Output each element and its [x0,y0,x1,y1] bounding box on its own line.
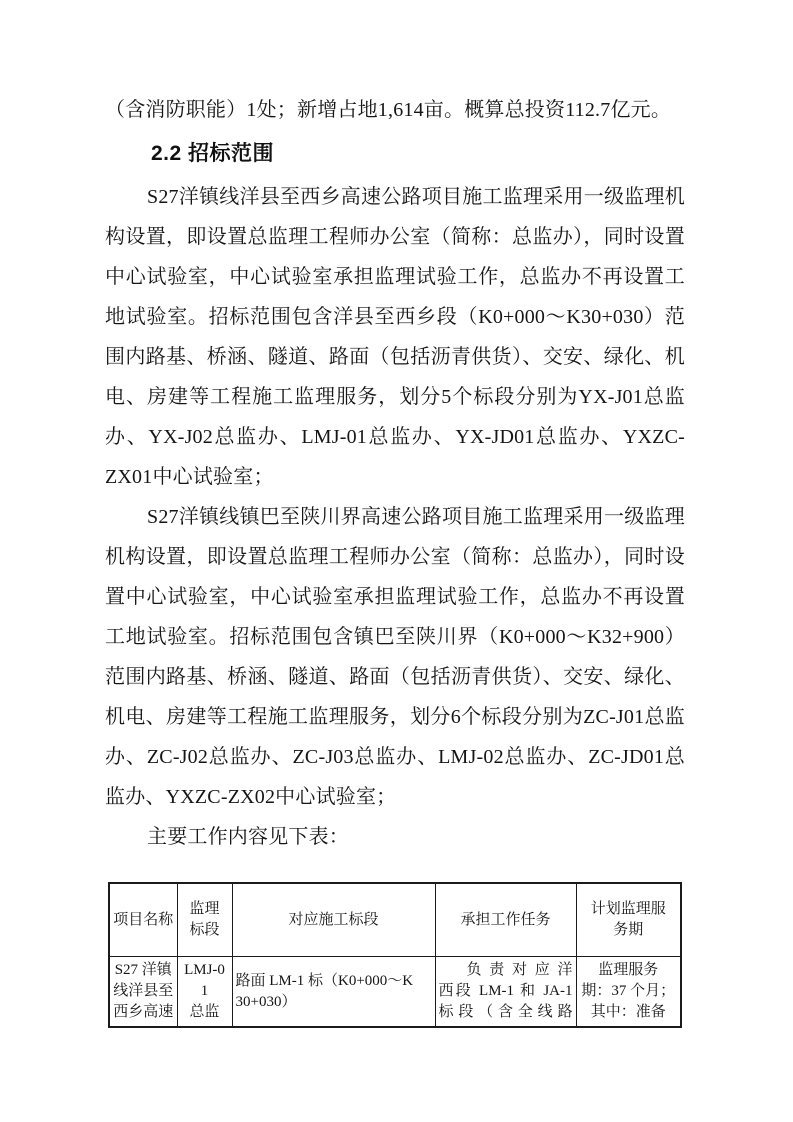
cell-project-name: S27 洋镇 线洋县至 西乡高速 [109,957,177,1028]
cell-construction-section: 路面 LM-1 标（K0+000～K 30+030） [232,957,435,1028]
header-work-tasks: 承担工作任务 [435,883,576,957]
cell-planned-service-period: 监理服务 期：37 个月； 其中：准备 [576,957,681,1028]
work-content-table: 项目名称 监理 标段 对应施工标段 承担工作任务 计划监理服 务期 S27 洋镇… [108,882,682,1028]
header-supervision-section: 监理 标段 [177,883,232,957]
header-project-name: 项目名称 [109,883,177,957]
cell-supervision-section: LMJ-0 1 总监 [177,957,232,1028]
paragraph-yangxian-xixiang: S27洋镇线洋县至西乡高速公路项目施工监理采用一级监理机构设置，即设置总监理工程… [105,177,685,497]
paragraph-zhenba-shanchuanjie: S27洋镇线镇巴至陕川界高速公路项目施工监理采用一级监理机构设置，即设置总监理工… [105,497,685,817]
intro-continuation-line: （含消防职能）1处；新增占地1,614亩。概算总投资112.7亿元。 [105,90,685,130]
cell-work-tasks: 负责对应洋 西段 LM-1 和 JA-1 标段（含全线路 [435,957,576,1028]
section-heading: 2.2 招标范围 [105,132,685,176]
table-row: S27 洋镇 线洋县至 西乡高速 LMJ-0 1 总监 路面 LM-1 标（K0… [109,957,681,1028]
header-construction-section: 对应施工标段 [232,883,435,957]
table-intro-line: 主要工作内容见下表： [105,817,685,857]
document-page: （含消防职能）1处；新增占地1,614亩。概算总投资112.7亿元。 2.2 招… [0,0,793,1122]
header-planned-service-period: 计划监理服 务期 [576,883,681,957]
table-header-row: 项目名称 监理 标段 对应施工标段 承担工作任务 计划监理服 务期 [109,883,681,957]
